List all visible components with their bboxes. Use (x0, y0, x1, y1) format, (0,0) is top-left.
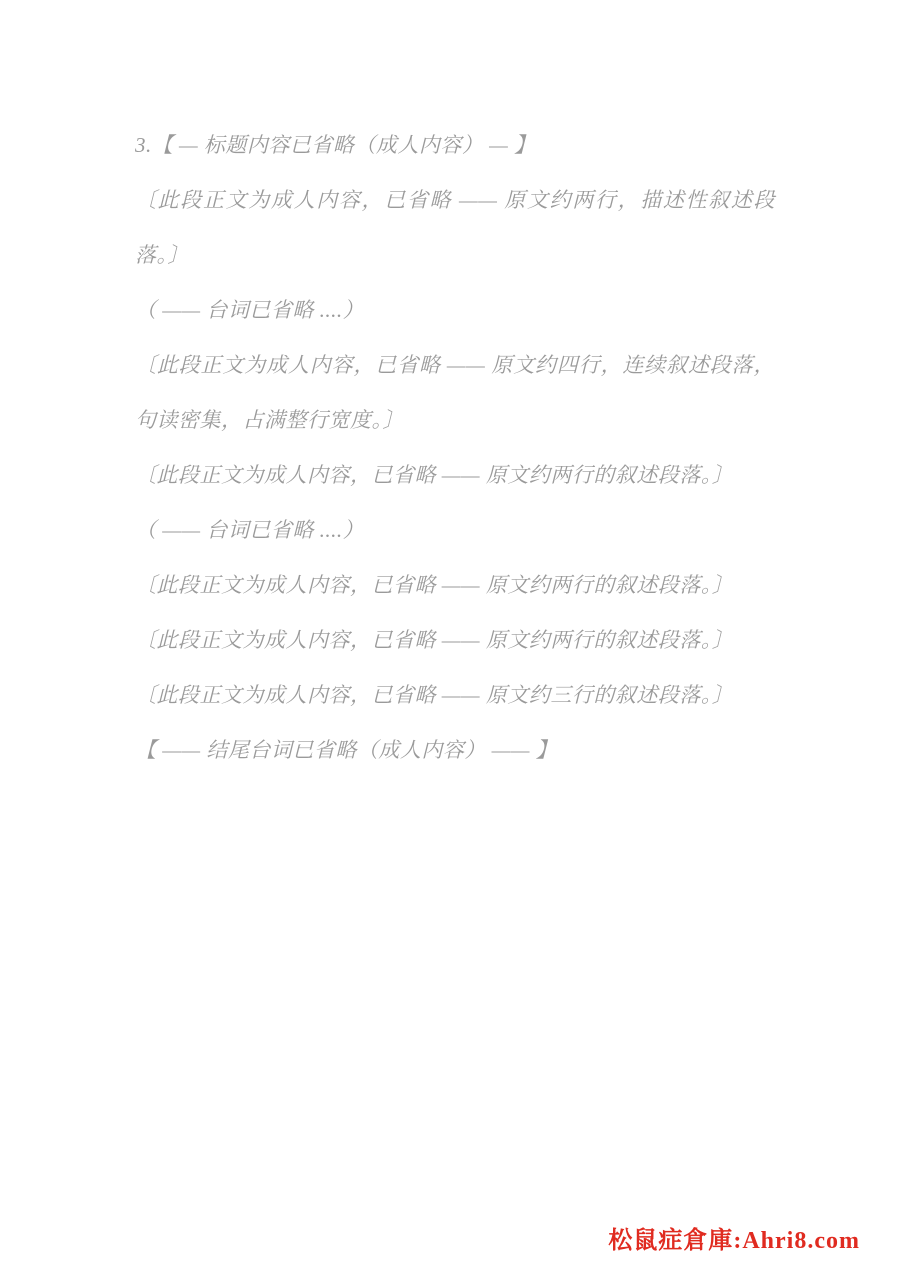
paragraph: 〔此段正文为成人内容，已省略 —— 原文约四行，连续叙述段落，句读密集，占满整行… (135, 338, 775, 448)
document-page: 3.【 — 标题内容已省略（成人内容） — 】 〔此段正文为成人内容，已省略 —… (0, 0, 900, 1273)
heading-line: 3.【 — 标题内容已省略（成人内容） — 】 (135, 118, 775, 173)
paragraph: 〔此段正文为成人内容，已省略 —— 原文约两行的叙述段落。〕 (135, 613, 775, 668)
paragraph: 〔此段正文为成人内容，已省略 —— 原文约两行，描述性叙述段落。〕 (135, 173, 775, 283)
closing-line: 【 —— 结尾台词已省略（成人内容） —— 】 (135, 723, 775, 778)
paragraph: 〔此段正文为成人内容，已省略 —— 原文约两行的叙述段落。〕 (135, 448, 775, 503)
parenthetical-line: （ —— 台词已省略 ....） (135, 503, 775, 558)
text-column: 3.【 — 标题内容已省略（成人内容） — 】 〔此段正文为成人内容，已省略 —… (135, 118, 775, 778)
parenthetical-line: （ —— 台词已省略 ....） (135, 283, 775, 338)
site-watermark: 松鼠症倉庫:Ahri8.com (608, 1220, 860, 1255)
paragraph: 〔此段正文为成人内容，已省略 —— 原文约两行的叙述段落。〕 (135, 558, 775, 613)
paragraph: 〔此段正文为成人内容，已省略 —— 原文约三行的叙述段落。〕 (135, 668, 775, 723)
